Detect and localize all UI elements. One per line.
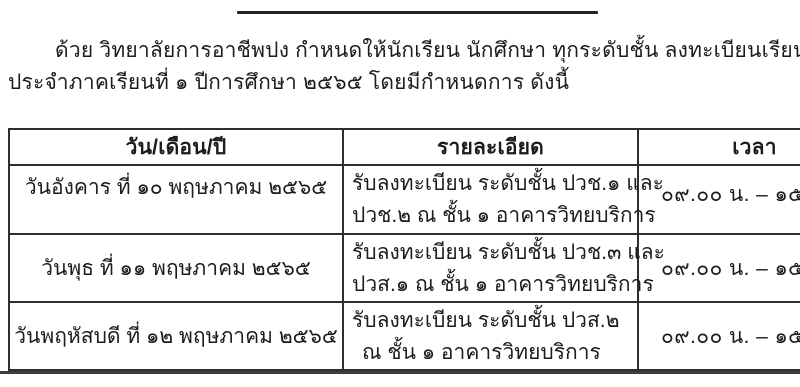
date-cell: วันอังคาร ที่ ๑๐ พฤษภาคม ๒๕๖๕ <box>9 165 343 234</box>
registration-schedule-table: วัน/เดือน/ปี รายละเอียด เวลา วันอังคาร ท… <box>8 128 800 371</box>
date-cell: วันพฤหัสบดี ที่ ๑๒ พฤษภาคม ๒๕๖๕ <box>9 302 343 370</box>
intro-paragraph-line-1: ด้วย วิทยาลัยการอาชีพปง กำหนดให้นักเรียน… <box>55 36 800 66</box>
detail-cell: รับลงทะเบียน ระดับชั้น ปวช.๓ และ ปวส.๑ ณ… <box>343 234 638 302</box>
table-row: วันอังคาร ที่ ๑๐ พฤษภาคม ๒๕๖๕ รับลงทะเบี… <box>9 165 800 234</box>
bottom-rule <box>0 371 800 374</box>
detail-line-2: ปวช.๒ ณ ชั้น ๑ อาคารวิทยบริการ <box>352 200 631 232</box>
intro-paragraph-line-2: ประจำภาคเรียนที่ ๑ ปีการศึกษา ๒๕๖๕ โดยมี… <box>8 68 569 98</box>
document-page: ด้วย วิทยาลัยการอาชีพปง กำหนดให้นักเรียน… <box>0 0 800 387</box>
table-header-row: วัน/เดือน/ปี รายละเอียด เวลา <box>9 129 800 165</box>
detail-line-1: รับลงทะเบียน ระดับชั้น ปวส.๒ <box>352 305 631 337</box>
detail-cell: รับลงทะเบียน ระดับชั้น ปวส.๒ ณ ชั้น ๑ อา… <box>343 302 638 370</box>
detail-cell: รับลงทะเบียน ระดับชั้น ปวช.๑ และ ปวช.๒ ณ… <box>343 165 638 234</box>
detail-line-2: ปวส.๑ ณ ชั้น ๑ อาคารวิทยบริการ <box>352 269 631 301</box>
detail-line-1: รับลงทะเบียน ระดับชั้น ปวช.๑ และ <box>352 168 631 200</box>
detail-line-2: ณ ชั้น ๑ อาคารวิทยบริการ <box>352 337 631 369</box>
header-cell-time: เวลา <box>638 129 800 165</box>
header-cell-date: วัน/เดือน/ปี <box>9 129 343 165</box>
top-rule <box>237 11 598 14</box>
table-row: วันพฤหัสบดี ที่ ๑๒ พฤษภาคม ๒๕๖๕ รับลงทะเ… <box>9 302 800 370</box>
time-cell: ๐๙.๐๐ น. – ๑๕. <box>638 302 800 370</box>
detail-line-1: รับลงทะเบียน ระดับชั้น ปวช.๓ และ <box>352 237 631 269</box>
header-cell-detail: รายละเอียด <box>343 129 638 165</box>
table-row: วันพุธ ที่ ๑๑ พฤษภาคม ๒๕๖๕ รับลงทะเบียน … <box>9 234 800 302</box>
date-cell: วันพุธ ที่ ๑๑ พฤษภาคม ๒๕๖๕ <box>9 234 343 302</box>
